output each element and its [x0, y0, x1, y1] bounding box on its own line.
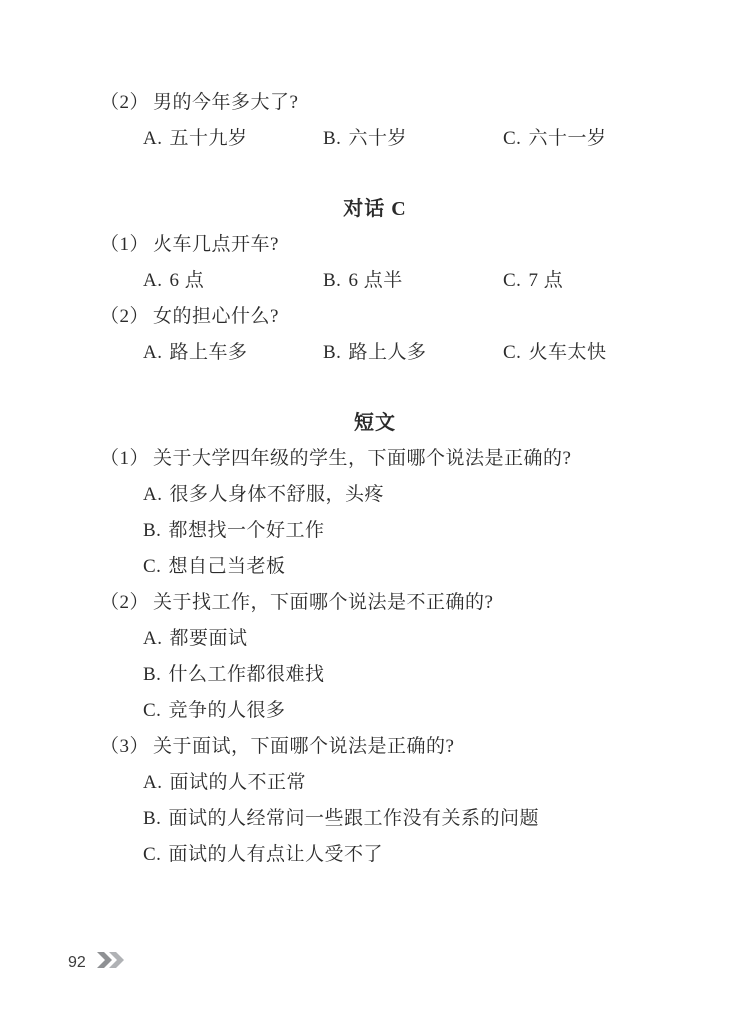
- question-line: （1）火车几点开车?: [100, 227, 650, 263]
- question-number: （2）: [100, 92, 149, 113]
- option-label: C.: [503, 342, 521, 363]
- question-number: （2）: [100, 592, 149, 613]
- option-label: A.: [143, 628, 162, 649]
- option: C.想自己当老板: [100, 549, 650, 585]
- option-label: C.: [143, 556, 161, 577]
- option: A.五十九岁: [143, 121, 323, 157]
- question-group: （1）关于大学四年级的学生，下面哪个说法是正确的? A.很多人身体不舒服，头疼 …: [100, 441, 650, 873]
- option: C.竞争的人很多: [100, 693, 650, 729]
- option-text: 都想找一个好工作: [168, 520, 324, 541]
- option-text: 7 点: [528, 270, 563, 291]
- option: C.7 点: [503, 263, 650, 299]
- option-label: A.: [143, 342, 162, 363]
- option: B.面试的人经常问一些跟工作没有关系的问题: [100, 801, 650, 837]
- question-line: （2）女的担心什么?: [100, 299, 650, 335]
- question-number: （2）: [100, 306, 149, 327]
- question-line: （1）关于大学四年级的学生，下面哪个说法是正确的?: [100, 441, 650, 477]
- question-text: 男的今年多大了?: [153, 92, 298, 113]
- option-text: 路上车多: [169, 342, 247, 363]
- options-row: A.五十九岁 B.六十岁 C.六十一岁: [100, 121, 650, 157]
- option: A.很多人身体不舒服，头疼: [100, 477, 650, 513]
- question-group: （2）男的今年多大了? A.五十九岁 B.六十岁 C.六十一岁: [100, 85, 650, 157]
- option: A.路上车多: [143, 335, 323, 371]
- question-text: 火车几点开车?: [153, 234, 279, 255]
- option: B.6 点半: [323, 263, 503, 299]
- option: A.都要面试: [100, 621, 650, 657]
- option: C.六十一岁: [503, 121, 650, 157]
- option-text: 想自己当老板: [168, 556, 285, 577]
- option-text: 六十一岁: [528, 128, 606, 149]
- option-text: 竞争的人很多: [168, 700, 285, 721]
- option: A.面试的人不正常: [100, 765, 650, 801]
- option-text: 五十九岁: [169, 128, 247, 149]
- question-line: （3）关于面试，下面哪个说法是正确的?: [100, 729, 650, 765]
- option: B.路上人多: [323, 335, 503, 371]
- option-text: 都要面试: [169, 628, 247, 649]
- exercise-content: （2）男的今年多大了? A.五十九岁 B.六十岁 C.六十一岁 对话 C （1）…: [0, 0, 750, 873]
- option: B.都想找一个好工作: [100, 513, 650, 549]
- option-label: B.: [143, 664, 161, 685]
- option-label: C.: [503, 270, 521, 291]
- question-text: 关于大学四年级的学生，下面哪个说法是正确的?: [153, 448, 571, 469]
- option-text: 很多人身体不舒服，头疼: [169, 484, 384, 505]
- section-heading: 对话 C: [100, 191, 650, 227]
- option-label: B.: [143, 808, 161, 829]
- options-row: A.路上车多 B.路上人多 C.火车太快: [100, 335, 650, 371]
- option-text: 6 点半: [348, 270, 402, 291]
- option: B.什么工作都很难找: [100, 657, 650, 693]
- option-label: C.: [143, 700, 161, 721]
- option: A.6 点: [143, 263, 323, 299]
- question-number: （1）: [100, 448, 149, 469]
- question-line: （2）男的今年多大了?: [100, 85, 650, 121]
- option-label: C.: [143, 844, 161, 865]
- options-row: A.6 点 B.6 点半 C.7 点: [100, 263, 650, 299]
- textbook-page: （2）男的今年多大了? A.五十九岁 B.六十岁 C.六十一岁 对话 C （1）…: [0, 0, 750, 1018]
- option-text: 路上人多: [348, 342, 426, 363]
- option-label: A.: [143, 772, 162, 793]
- option-label: B.: [143, 520, 161, 541]
- option-label: A.: [143, 270, 162, 291]
- option-label: A.: [143, 484, 162, 505]
- option-label: C.: [503, 128, 521, 149]
- option-text: 面试的人不正常: [169, 772, 306, 793]
- option-label: B.: [323, 270, 341, 291]
- option-text: 火车太快: [528, 342, 606, 363]
- section-heading: 短文: [100, 405, 650, 441]
- question-text: 关于面试，下面哪个说法是正确的?: [153, 736, 454, 757]
- option-label: B.: [323, 128, 341, 149]
- option: B.六十岁: [323, 121, 503, 157]
- option-label: A.: [143, 128, 162, 149]
- page-number: 92: [68, 954, 86, 972]
- option-text: 什么工作都很难找: [168, 664, 324, 685]
- question-number: （1）: [100, 234, 149, 255]
- option-label: B.: [323, 342, 341, 363]
- page-footer: 92: [68, 952, 125, 973]
- option: C.面试的人有点让人受不了: [100, 837, 650, 873]
- double-chevron-right-icon: [97, 952, 125, 973]
- question-group: （1）火车几点开车? A.6 点 B.6 点半 C.7 点 （2）女的担心什么?…: [100, 227, 650, 371]
- option-text: 六十岁: [348, 128, 407, 149]
- question-text: 关于找工作，下面哪个说法是不正确的?: [153, 592, 493, 613]
- option-text: 面试的人有点让人受不了: [168, 844, 383, 865]
- option-text: 面试的人经常问一些跟工作没有关系的问题: [168, 808, 539, 829]
- option: C.火车太快: [503, 335, 650, 371]
- question-line: （2）关于找工作，下面哪个说法是不正确的?: [100, 585, 650, 621]
- option-text: 6 点: [169, 270, 204, 291]
- question-text: 女的担心什么?: [153, 306, 279, 327]
- question-number: （3）: [100, 736, 149, 757]
